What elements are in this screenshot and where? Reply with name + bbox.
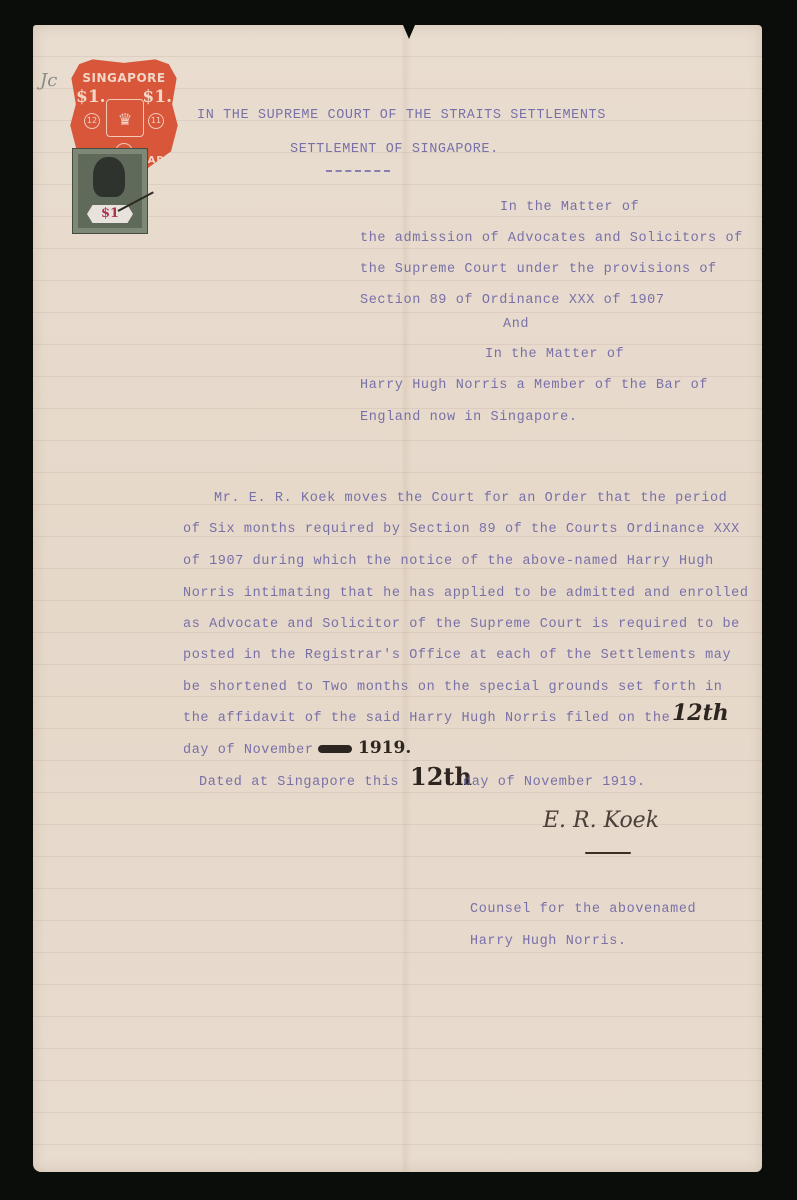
body-line: Norris intimating that he has applied to…: [183, 586, 749, 602]
matter-1-line: the Supreme Court under the provisions o…: [360, 262, 717, 278]
caption-conjunction: And: [503, 317, 529, 333]
crown-icon: ♛: [107, 106, 143, 132]
stamp-value-right: $1.: [142, 87, 172, 107]
settlement-heading: SETTLEMENT OF SINGAPORE.: [290, 142, 499, 158]
body-final-line: day of November: [183, 743, 314, 759]
matter-label-1: In the Matter of: [500, 200, 639, 216]
matter-1-line: the admission of Advocates and Solicitor…: [360, 231, 743, 247]
matter-2-line: England now in Singapore.: [360, 410, 578, 426]
matter-label-2: In the Matter of: [485, 347, 624, 363]
king-portrait-icon: [93, 157, 125, 197]
court-heading: IN THE SUPREME COURT OF THE STRAITS SETT…: [197, 108, 606, 124]
heading-underline: [326, 170, 390, 172]
matter-1-line: Section 89 of Ordinance XXX of 1907: [360, 293, 665, 309]
body-line: of Six months required by Section 89 of …: [183, 522, 740, 538]
dated-suffix: day of November 1919.: [463, 775, 646, 791]
struck-out-text: [318, 745, 352, 753]
signature-underline: [585, 852, 631, 854]
counsel-line: Harry Hugh Norris.: [470, 934, 627, 950]
body-line: be shortened to Two months on the specia…: [183, 680, 722, 696]
stamp-value-left: $1.: [76, 87, 106, 107]
stamp-country-label: SINGAPORE: [68, 71, 180, 85]
margin-pencil-mark: Jc: [40, 70, 57, 91]
matter-2-line: Harry Hugh Norris a Member of the Bar of: [360, 378, 708, 394]
body-line: Mr. E. R. Koek moves the Court for an Or…: [214, 491, 727, 507]
body-line: the affidavit of the said Harry Hugh Nor…: [183, 711, 670, 727]
stamp-date-day: 12: [84, 113, 100, 129]
adhesive-revenue-stamp: $1: [72, 148, 148, 234]
dated-prefix: Dated at Singapore this: [199, 775, 399, 791]
handwritten-filing-day: 12th: [672, 700, 729, 726]
handwritten-filing-year: 1919.: [318, 738, 411, 758]
body-line: posted in the Registrar's Office at each…: [183, 648, 731, 664]
body-line: of 1907 during which the notice of the a…: [183, 554, 714, 570]
counsel-line: Counsel for the abovenamed: [470, 902, 696, 918]
counsel-signature: E. R. Koek: [543, 808, 659, 833]
paper-fold-notch: [403, 25, 415, 39]
crown-frame: ♛: [106, 99, 144, 137]
body-line: as Advocate and Solicitor of the Supreme…: [183, 617, 740, 633]
stamp-date-month: 11: [148, 113, 164, 129]
handwritten-year-text: 1919.: [358, 738, 411, 758]
